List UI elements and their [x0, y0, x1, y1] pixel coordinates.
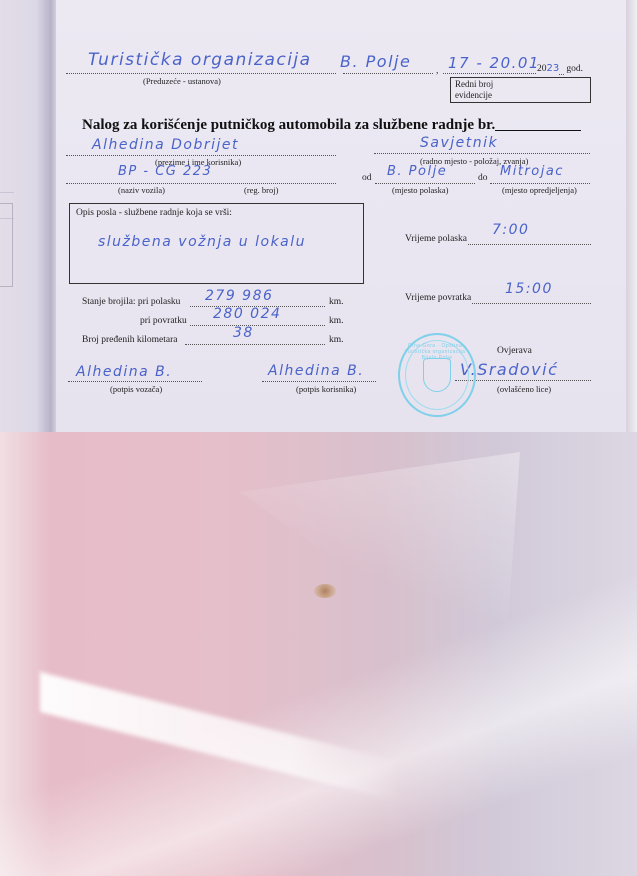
organization-line — [66, 73, 336, 74]
odometer-return-line — [190, 325, 325, 326]
year: 2023 god. — [537, 63, 583, 74]
vehicle-reg-label: (reg. broj) — [244, 185, 278, 195]
odometer-return-label: pri povratku — [140, 316, 187, 326]
odometer-unit-2: km. — [329, 316, 344, 326]
driver-signature-label: (potpis vozača) — [110, 384, 162, 394]
date-value: 17 - 20.01 — [448, 54, 540, 72]
job-description-value: službena vožnja u lokalu — [98, 234, 306, 250]
return-time-value: 15:00 — [505, 281, 553, 297]
year-suffix: god. — [566, 64, 583, 74]
lower-blank-page — [0, 432, 637, 876]
route-to-label: (mjesto opredjeljenja) — [502, 185, 577, 195]
position-value: Savjetnik — [420, 135, 498, 151]
driver-signature-line — [68, 381, 202, 382]
registry-box: Redni broj evidencije — [450, 77, 591, 103]
page-title: Nalog za korišćenje putničkog automobila… — [82, 117, 495, 134]
user-name-line — [66, 155, 336, 156]
route-from-label: (mjesto polaska) — [392, 185, 448, 195]
departure-time-value: 7:00 — [492, 222, 529, 238]
distance-value: 38 — [233, 325, 254, 341]
odometer-unit-1: km. — [329, 297, 344, 307]
user-signature-line — [262, 381, 376, 382]
distance-line — [185, 344, 325, 345]
user-name-value: Alhedina Dobrijet — [92, 137, 239, 153]
ghost-box — [0, 203, 13, 287]
departure-time-line — [468, 244, 591, 245]
official-stamp: Crna Gora · Opština · Turistička organiz… — [398, 333, 476, 417]
driver-signature: Alhedina B. — [76, 364, 172, 380]
authorized-signature-label: (ovlašćeno lice) — [497, 384, 551, 394]
route-to-prefix: do — [478, 173, 488, 183]
departure-time-label: Vrijeme polaska — [405, 234, 467, 244]
page-right-edge — [626, 0, 637, 432]
vehicle-reg-value: BP - CG 223 — [118, 164, 212, 179]
route-to-value: Mitrojac — [500, 164, 564, 179]
light-flare — [40, 672, 400, 802]
route-from-line — [375, 183, 475, 184]
registry-label-2: evidencije — [455, 90, 492, 100]
year-value: 23 — [547, 63, 560, 74]
route-from-prefix: od — [362, 173, 372, 183]
year-prefix: 20 — [537, 64, 547, 74]
registry-label-1: Redni broj — [455, 79, 493, 89]
date-line — [443, 73, 536, 74]
comma: , — [436, 66, 438, 76]
route-from-value: B. Polje — [387, 164, 447, 179]
organization-label: (Preduzeće - ustanova) — [143, 76, 221, 86]
stain-spot — [314, 584, 336, 598]
user-signature-label: (potpis korisnika) — [296, 384, 356, 394]
organization-value: Turistička organizacija — [88, 50, 312, 70]
distance-unit: km. — [329, 335, 344, 345]
position-line — [374, 153, 590, 154]
adjacent-page-edge — [0, 0, 60, 432]
odometer-departure-label: Stanje brojila: pri polasku — [82, 297, 180, 307]
job-description-box[interactable]: Opis posla - službene radnje koja se vrš… — [69, 203, 364, 284]
distance-label: Broj pređenih kilometara — [82, 335, 178, 345]
certify-label: Ovjerava — [497, 346, 532, 356]
vehicle-line — [66, 183, 336, 184]
job-description-label: Opis posla - službene radnje koja se vrš… — [76, 208, 232, 218]
place-value: B. Polje — [340, 52, 411, 71]
vehicle-name-label: (naziv vozila) — [118, 185, 165, 195]
route-to-line — [490, 183, 590, 184]
return-time-label: Vrijeme povratka — [405, 293, 471, 303]
place-line — [343, 73, 433, 74]
return-time-line — [472, 303, 591, 304]
coat-of-arms-icon — [423, 358, 451, 392]
odometer-return-value: 280 024 — [213, 306, 281, 322]
order-number-field[interactable] — [495, 130, 581, 131]
paper-fold — [240, 452, 520, 652]
user-signature: Alhedina B. — [268, 363, 364, 379]
odometer-departure-value: 279 986 — [205, 288, 273, 304]
ghost-line — [0, 192, 14, 193]
